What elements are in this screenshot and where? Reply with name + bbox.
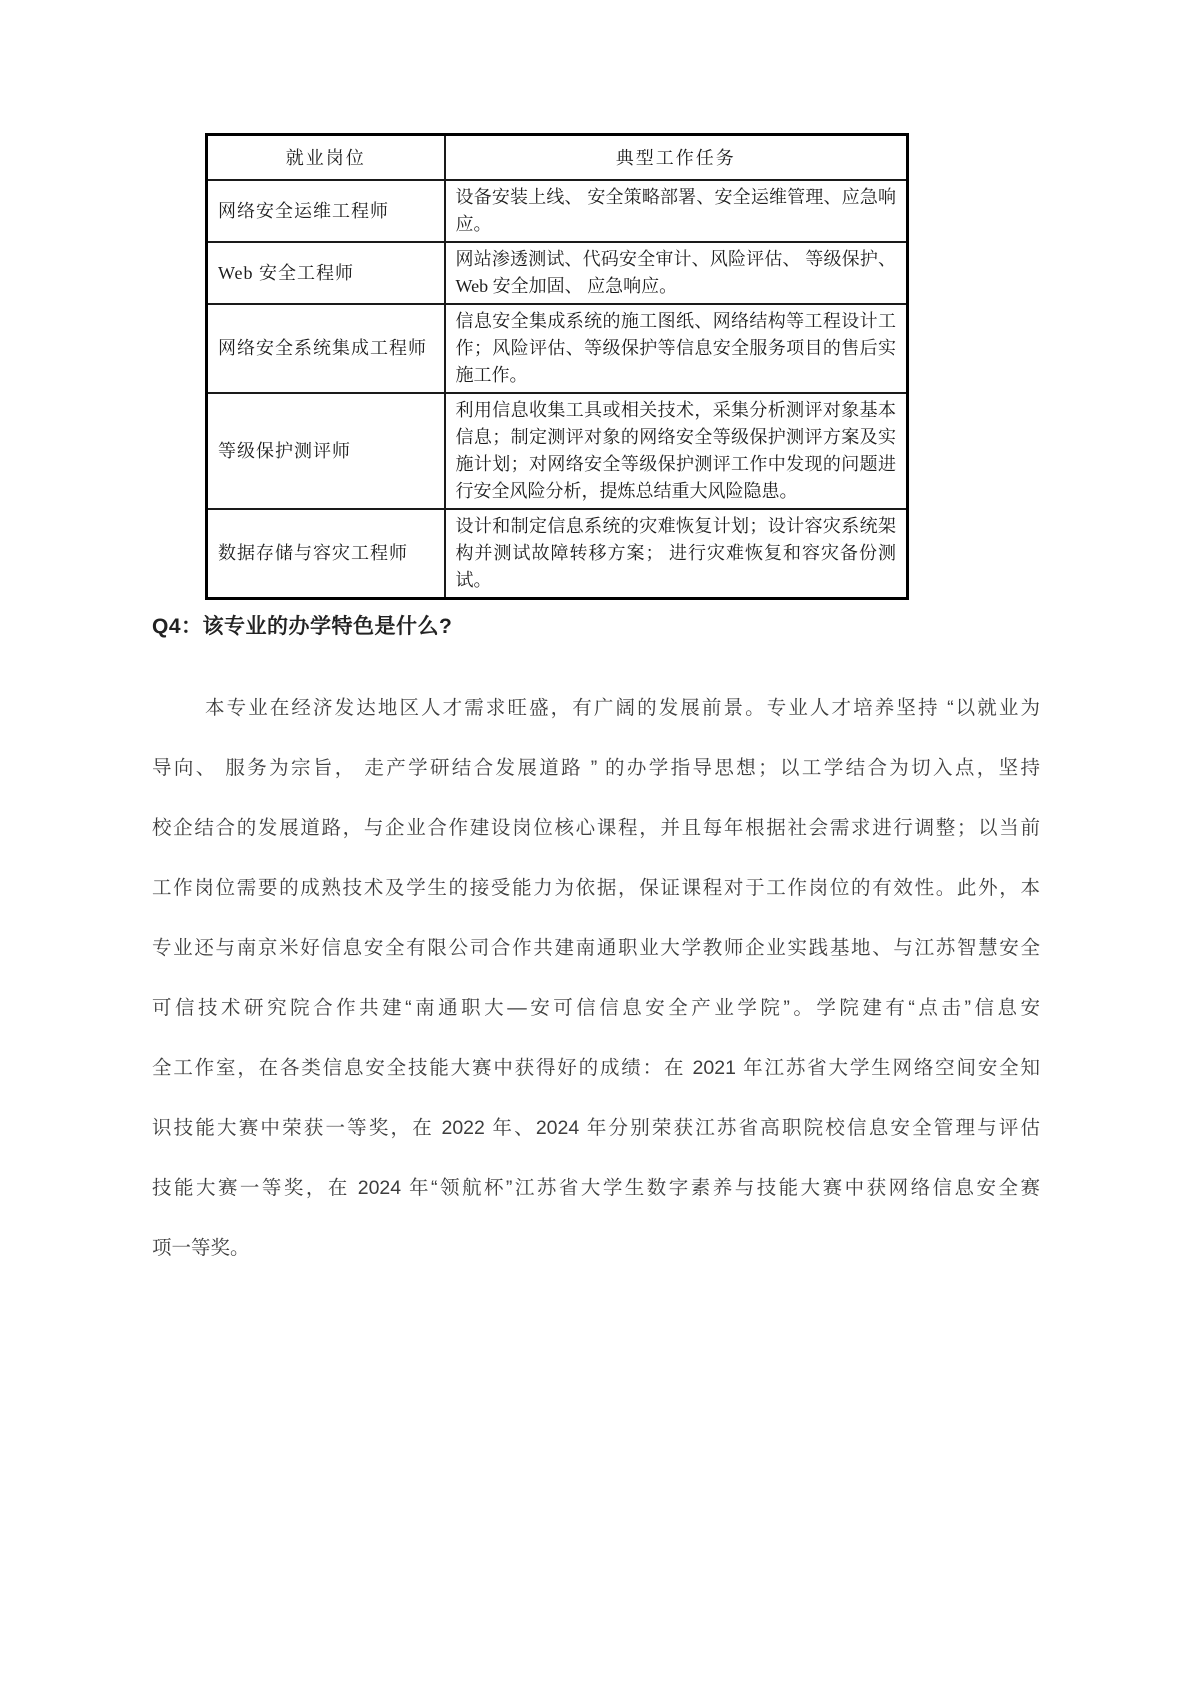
- paragraph-line: 可信技术研究院合作共建“南通职大—安可信信息安全产业学院”。学院建有“点击”信息…: [152, 978, 1040, 1038]
- table-row: 数据存储与容灾工程师 设计和制定信息系统的灾难恢复计划；设计容灾系统架构并测试故…: [207, 509, 908, 599]
- paragraph-line: 工作岗位需要的成熟技术及学生的接受能力为依据，保证课程对于工作岗位的有效性。此外…: [152, 858, 1040, 918]
- position-cell: 网络安全系统集成工程师: [207, 304, 445, 393]
- table-row: 网络安全系统集成工程师 信息安全集成系统的施工图纸、网络结构等工程设计工作；风险…: [207, 304, 908, 393]
- q4-heading: Q4：该专业的办学特色是什么?: [152, 610, 452, 640]
- paragraph-line: 全工作室，在各类信息安全技能大赛中获得好的成绩：在 2021 年江苏省大学生网络…: [152, 1038, 1040, 1098]
- task-cell: 信息安全集成系统的施工图纸、网络结构等工程设计工作；风险评估、等级保护等信息安全…: [445, 304, 908, 393]
- task-cell: 利用信息收集工具或相关技术，采集分析测评对象基本信息；制定测评对象的网络安全等级…: [445, 393, 908, 509]
- paragraph-line: 校企结合的发展道路，与企业合作建设岗位核心课程，并且每年根据社会需求进行调整；以…: [152, 798, 1040, 858]
- task-cell: 设备安装上线、 安全策略部署、安全运维管理、应急响应。: [445, 180, 908, 242]
- position-cell: 网络安全运维工程师: [207, 180, 445, 242]
- paragraph-line: 技能大赛一等奖，在 2024 年“领航杯”江苏省大学生数字素养与技能大赛中获网络…: [152, 1158, 1040, 1218]
- header-task: 典型工作任务: [445, 135, 908, 180]
- table-row: 等级保护测评师 利用信息收集工具或相关技术，采集分析测评对象基本信息；制定测评对…: [207, 393, 908, 509]
- q4-paragraph: 本专业在经济发达地区人才需求旺盛，有广阔的发展前景。专业人才培养坚持 “以就业为…: [152, 678, 1040, 1278]
- document-page: 就业岗位 典型工作任务 网络安全运维工程师 设备安装上线、 安全策略部署、安全运…: [0, 0, 1191, 1684]
- position-cell: Web 安全工程师: [207, 242, 445, 304]
- header-position: 就业岗位: [207, 135, 445, 180]
- position-cell: 等级保护测评师: [207, 393, 445, 509]
- table-row: 网络安全运维工程师 设备安装上线、 安全策略部署、安全运维管理、应急响应。: [207, 180, 908, 242]
- paragraph-line: 专业还与南京米好信息安全有限公司合作共建南通职业大学教师企业实践基地、与江苏智慧…: [152, 918, 1040, 978]
- task-cell: 网站渗透测试、代码安全审计、风险评估、 等级保护、Web 安全加固、 应急响应。: [445, 242, 908, 304]
- paragraph-line: 识技能大赛中荣获一等奖，在 2022 年、2024 年分别荣获江苏省高职院校信息…: [152, 1098, 1040, 1158]
- paragraph-line: 导向、 服务为宗旨， 走产学研结合发展道路 ” 的办学指导思想；以工学结合为切入…: [152, 738, 1040, 798]
- position-cell: 数据存储与容灾工程师: [207, 509, 445, 599]
- table-header-row: 就业岗位 典型工作任务: [207, 135, 908, 180]
- employment-positions-table: 就业岗位 典型工作任务 网络安全运维工程师 设备安装上线、 安全策略部署、安全运…: [205, 133, 909, 600]
- table-row: Web 安全工程师 网站渗透测试、代码安全审计、风险评估、 等级保护、Web 安…: [207, 242, 908, 304]
- task-cell: 设计和制定信息系统的灾难恢复计划；设计容灾系统架构并测试故障转移方案； 进行灾难…: [445, 509, 908, 599]
- paragraph-line: 项一等奖。: [152, 1218, 1040, 1278]
- paragraph-line: 本专业在经济发达地区人才需求旺盛，有广阔的发展前景。专业人才培养坚持 “以就业为: [152, 678, 1040, 738]
